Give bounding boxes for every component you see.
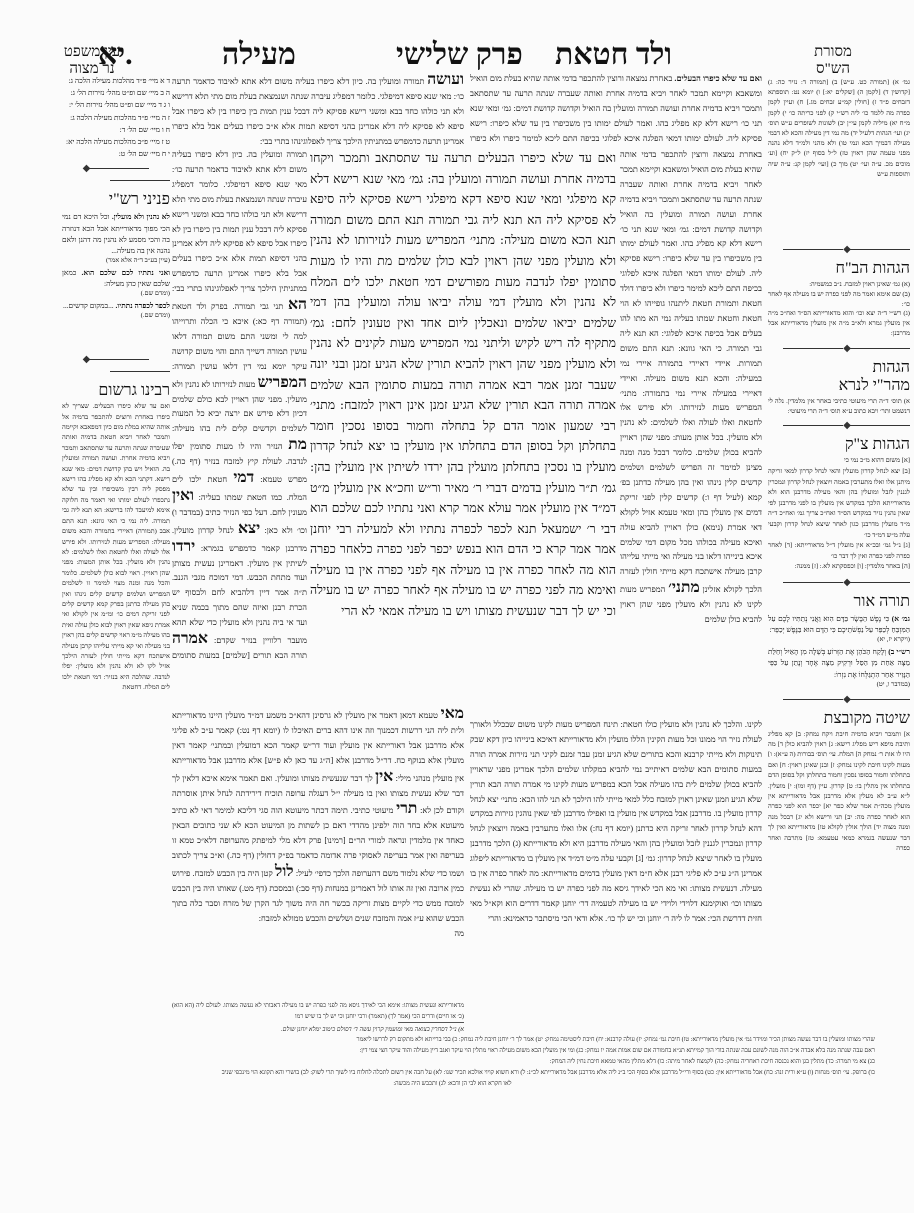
tosafot-text: תמורה ומועלין בה. כיון דלא כיפרו בעליה מ…: [172, 77, 464, 145]
rashi-commentary-column: באחרת נמצאה ורוצין להתכפר בדמי אותה שהיא…: [620, 148, 762, 753]
torah-or-body: גמ׳ א) כִּי נֶפֶשׁ הַבָּשָׂר בַּדָּם הִו…: [768, 613, 910, 690]
page-header: מסורת הש"ס ולד חטאת פרק שלישי מעילה יא. …: [0, 0, 914, 70]
gemara-main-text: ואם עד שלא כיפרו הבעלים תרעה עד שתסתאב ו…: [310, 148, 616, 713]
ein-mishpat-entry: י ח מיי׳ שם הל׳ ט:: [62, 148, 170, 159]
masoret-label: מסורת: [778, 44, 888, 61]
footnote-line: כו) ברופק. עי׳ תוס׳ מנחות (ו) ע״א ורית ז…: [30, 1067, 875, 1078]
torah-or-entry: גמ׳ א) כִּי נֶפֶשׁ הַבָּשָׂר בַּדָּם הִו…: [768, 613, 910, 645]
hagahot-habach-entry: (ב) שם אימא ואמר מה לפני כפרה יש בו מעיל…: [768, 290, 910, 310]
pninei-rashi-dh: לכפר לכפרה נתתיו.: [116, 301, 170, 310]
rashi-opening-dh: ואם עד שלא כיפרו הבעלים.: [674, 74, 762, 83]
tosafot-lower-text3: מיעוטי כתיבי. תימה דכתר מיעוטא הוה סגי ד…: [172, 806, 464, 878]
rashi-text-continued: באחרת נמצאה ורוצין להתכפר בדמי אותה שהיא…: [620, 150, 762, 594]
pninei-rashi-dh: ואני נתתיו לכם שלכם הוא.: [82, 268, 170, 277]
torah-or-ref: (ויקרא יז, יא): [768, 635, 910, 645]
pninei-rashi-body: לא נהנין ולא מועלין. וכל היכא דם נמי הכי…: [62, 211, 170, 321]
torah-or-heading: תורה אור: [768, 593, 910, 611]
hagahot-tzk-heading: הגהות צ"ק: [768, 436, 910, 454]
rashi-lower-block: לקינו. והלכך לא נהנין ולא מועלין כולו חט…: [470, 718, 762, 1018]
ein-mishpat-entry: ד א מיי׳ פ״ד מהלכות מעילה הלכה ג:: [62, 75, 170, 86]
hagahot-habach-entry: (א) גמ׳ שאינן ראוין למזבח. נ״ב כמשמיה:: [768, 280, 910, 290]
rashi-commentary-top: ואם עד שלא כיפרו הבעלים. באחרת נמצאה ורו…: [470, 72, 762, 145]
rabbeinu-gershom-body: ואם עד שלא כיפרו הבעלים. שצריך לא כיפרו …: [62, 402, 170, 1002]
pninei-rashi-heading: פניני רש"י: [62, 191, 170, 209]
ein-mishpat-entry: ו ג ד מיי׳ שם ופ״ט מהל׳ נזירות הל׳ י:: [62, 99, 170, 110]
footnote-line: כג) צא מי תמרה: כד) מתלין בגן והוא נכנסה…: [30, 1056, 875, 1067]
footnote-line: ראם עבה שנתה מנה בלא אבדה א״כ הוה מנה לש…: [30, 1045, 875, 1056]
shita-footnotes: שהרי מצותו ומועלין בו דבר נעשה מצותן הכי…: [30, 1034, 875, 1089]
hagahot-tzk-entry: [א] משום דהוא מ״כ נמי כי: [768, 456, 910, 467]
ein-mishpat-label: עין משפט: [40, 44, 144, 61]
chapter-title: פרק שלישי: [396, 38, 523, 72]
pninei-rashi-ref: (עיין בע״ב ד״ה אלא אמר): [62, 256, 170, 266]
hagahot-grach-body: א) תוס׳ ד״ה תרי מיעוטי כתיבי באחר אין מל…: [768, 397, 910, 417]
hagahot-habach-entry: (ג) רש״י ד״ה יצא וכו׳ והוא מדאורייתא הס״…: [768, 309, 910, 338]
tosafot-dh-met: מת: [288, 436, 307, 453]
hagahot-habach-heading: הגהות הב"ח: [768, 260, 910, 278]
tosafot-dh-mafrish: המפריש: [258, 374, 307, 391]
shita-mekubetzet-heading: שיטה מקובצת: [768, 710, 910, 728]
tosafot-lower-text1: טעמא דמאן דאמר אין מועלין לא גרסינן דהא״…: [172, 711, 464, 783]
ein-mishpat-entry: ח ו מיי׳ שם הל׳ ד:: [62, 124, 170, 135]
rabbeinu-gershom-heading: רבינו גרשום: [62, 382, 170, 400]
tosafot-text9: תורה הבא תורים [שלמים] במעות סתומים הבא …: [172, 651, 307, 663]
tosafot-dh-trei: תרי: [396, 800, 417, 817]
hagahot-tzk-body: [א] משום דהוא מ״כ נמי כי [ב] יצא לנחל קד…: [768, 456, 910, 573]
gemara-text: ואם עד שלא כיפרו הבעלים תרעה עד שתסתאב ו…: [310, 150, 616, 618]
ornament-divider: ◆: [62, 354, 170, 378]
tosafot-text2: תני גבי תמורה. בפרק ולד חטאת (תמורה דף כ…: [172, 302, 307, 371]
torah-or-lead: רש״י ב): [888, 647, 910, 656]
ornament-divider: ◆: [768, 244, 910, 256]
hagahot-grach-heading: הגהות מהר"י לנרא: [768, 359, 910, 395]
tosafot-text-continued: תמורה ומועלין בה. כיון דלא כיפרו בעליה מ…: [172, 150, 307, 293]
left-margin-column: ד א מיי׳ פ״ד מהלכות מעילה הלכה ג: ה ב מי…: [62, 75, 170, 1002]
pninei-rashi-entry: ואני נתתיו לכם שלכם הוא. כמאן שלכם שאין …: [62, 267, 170, 299]
torah-or-verse: כִּי נֶפֶשׁ הַבָּשָׂר בַּדָּם הִוא וַאֲנ…: [768, 614, 910, 634]
hagahot-grach-title: הגהות: [768, 359, 910, 377]
tosafot-dh-mai: מאי: [441, 706, 464, 722]
tosafot-opening-dh: ועושה: [427, 72, 464, 88]
ein-mishpat-entry: ה ב מיי׳ שם ופ״ט מהל׳ נזירות הל׳ ג:: [62, 87, 170, 98]
pninei-rashi-entry: לכפר לכפרה נתתיו. ...במקום קדשים... (ומד…: [62, 300, 170, 321]
ornament-divider: ◆: [62, 163, 170, 187]
tosafot-dh-yatza: יצא: [238, 520, 260, 537]
masoret-hashas-body: גמ׳ א) [תמורה כט. ע״ש] ב) [תמורה ד: נזיר…: [768, 78, 910, 240]
torah-or-lead: גמ׳ א): [892, 614, 910, 623]
ein-mishpat-entry: ז ה מיי׳ פ״ד מהלכות מעילה הלכה ג:: [62, 112, 170, 123]
hagahot-grach-subtitle: מהר"י לנרא: [768, 377, 910, 395]
tosafot-dh-lul: לול: [275, 863, 294, 880]
pninei-rashi-ref: (ומדם שם.): [62, 289, 170, 299]
pninei-rashi-entry: לא נהנין ולא מועלין. וכל היכא דם נמי הכי…: [62, 211, 170, 266]
ein-mishpat-heading: עין משפט נר מצוה: [40, 44, 144, 78]
ornament-divider: ◆: [768, 420, 910, 432]
ornament-divider: ◆: [768, 694, 910, 706]
footnote-line: שהרי מצותו ומועלין בו דבר נעשה מצותן הכי…: [30, 1034, 875, 1045]
tosafot-dh-vein: ואין: [172, 487, 194, 504]
footnote-line: לאו חקרא הוא לבי הן ודבא: לג) ותכבש היה …: [30, 1078, 875, 1089]
tractate-title: מעילה: [222, 38, 296, 72]
tosafot-dh-dmei: דמי: [233, 469, 254, 486]
hagahot-habach-body: (א) גמ׳ שאינן ראוין למזבח. נ״ב כמשמיה: (…: [768, 280, 910, 339]
ornament-divider: ◆: [768, 343, 910, 355]
shita-mekubetzet-body: א] ותמכר ויביא בדמיה חיבת ויקח נמחק: ב] …: [768, 730, 910, 940]
masoret-hashas-heading: מסורת הש"ס: [778, 44, 888, 78]
rashi-dibbur-matnitin: מתני׳: [668, 579, 699, 596]
torah-or-entry: רש״י ב) וְלָקַח הַכֹּהֵן אֶת הַזְּרוֹעַ …: [768, 646, 910, 689]
tosafot-commentary-column: תמורה ומועלין בה. כיון דלא כיפרו בעליה מ…: [172, 148, 307, 663]
footnote-rule: [398, 1022, 464, 1023]
pninei-rashi-dh: לא נהנין ולא מועלין.: [112, 212, 170, 221]
hagahot-tzk-entry: [ג] נ״ל גמ׳ ובכ״א אין מועלין ד״ל מדאוריי…: [768, 541, 910, 562]
tosafot-dh-amra: אמרה: [172, 630, 208, 647]
ein-mishpat-list: ד א מיי׳ פ״ד מהלכות מעילה הלכה ג: ה ב מי…: [62, 75, 170, 159]
torah-or-ref: (במדבר ו, יט): [768, 680, 910, 690]
masoret-label2: הש"ס: [778, 61, 888, 78]
tosafot-dh-ha: הא: [288, 296, 307, 313]
ornament-divider: ◆: [768, 577, 910, 589]
ein-mishpat-entry: ט ז מיי׳ פ״ב מהלכות מעילה הלכה יא:: [62, 136, 170, 147]
rashi-bottom-note: מדאורייתא ונעשית מצותו: אימא הכי לאידך ג…: [172, 1000, 464, 1022]
rashi-text: באחרת נמצאה ורוצין להתכפר בדמי אותה שהיא…: [470, 74, 762, 145]
running-title-perek: ולד חטאת: [555, 38, 672, 72]
tosafot-dh-yardu: ירדו: [172, 538, 195, 555]
hagahot-tzk-entry: [ב] יצא לנחל קדרון מועלין והאי לנחל קדרו…: [768, 467, 910, 541]
tosafot-catchword: מה: [172, 927, 464, 942]
rashi-lower-text: לקינו. והלכך לא נהנין ולא מועלין כולו חט…: [470, 720, 762, 923]
pninei-rashi-ref: (ומדם שם.): [62, 311, 170, 321]
hagahot-tzk-entry: [ה] באחר מלמדין: [ו] וכפסקתא לא.: [ז] ממ…: [768, 562, 910, 573]
right-margin-column: גמ׳ א) [תמורה כט. ע״ש] ב) [תמורה ד: נזיר…: [768, 78, 910, 940]
tosafot-lower-block: מאי טעמא דמאן דאמר אין מועלין לא גרסינן …: [172, 706, 464, 1031]
pninei-rashi-text: ...במקום קדשים...: [63, 301, 114, 310]
tosafot-dh-ein: אין: [375, 768, 393, 785]
tosafot-commentary-top: ועושה תמורה ומועלין בה. כיון דלא כיפרו ב…: [172, 72, 464, 145]
